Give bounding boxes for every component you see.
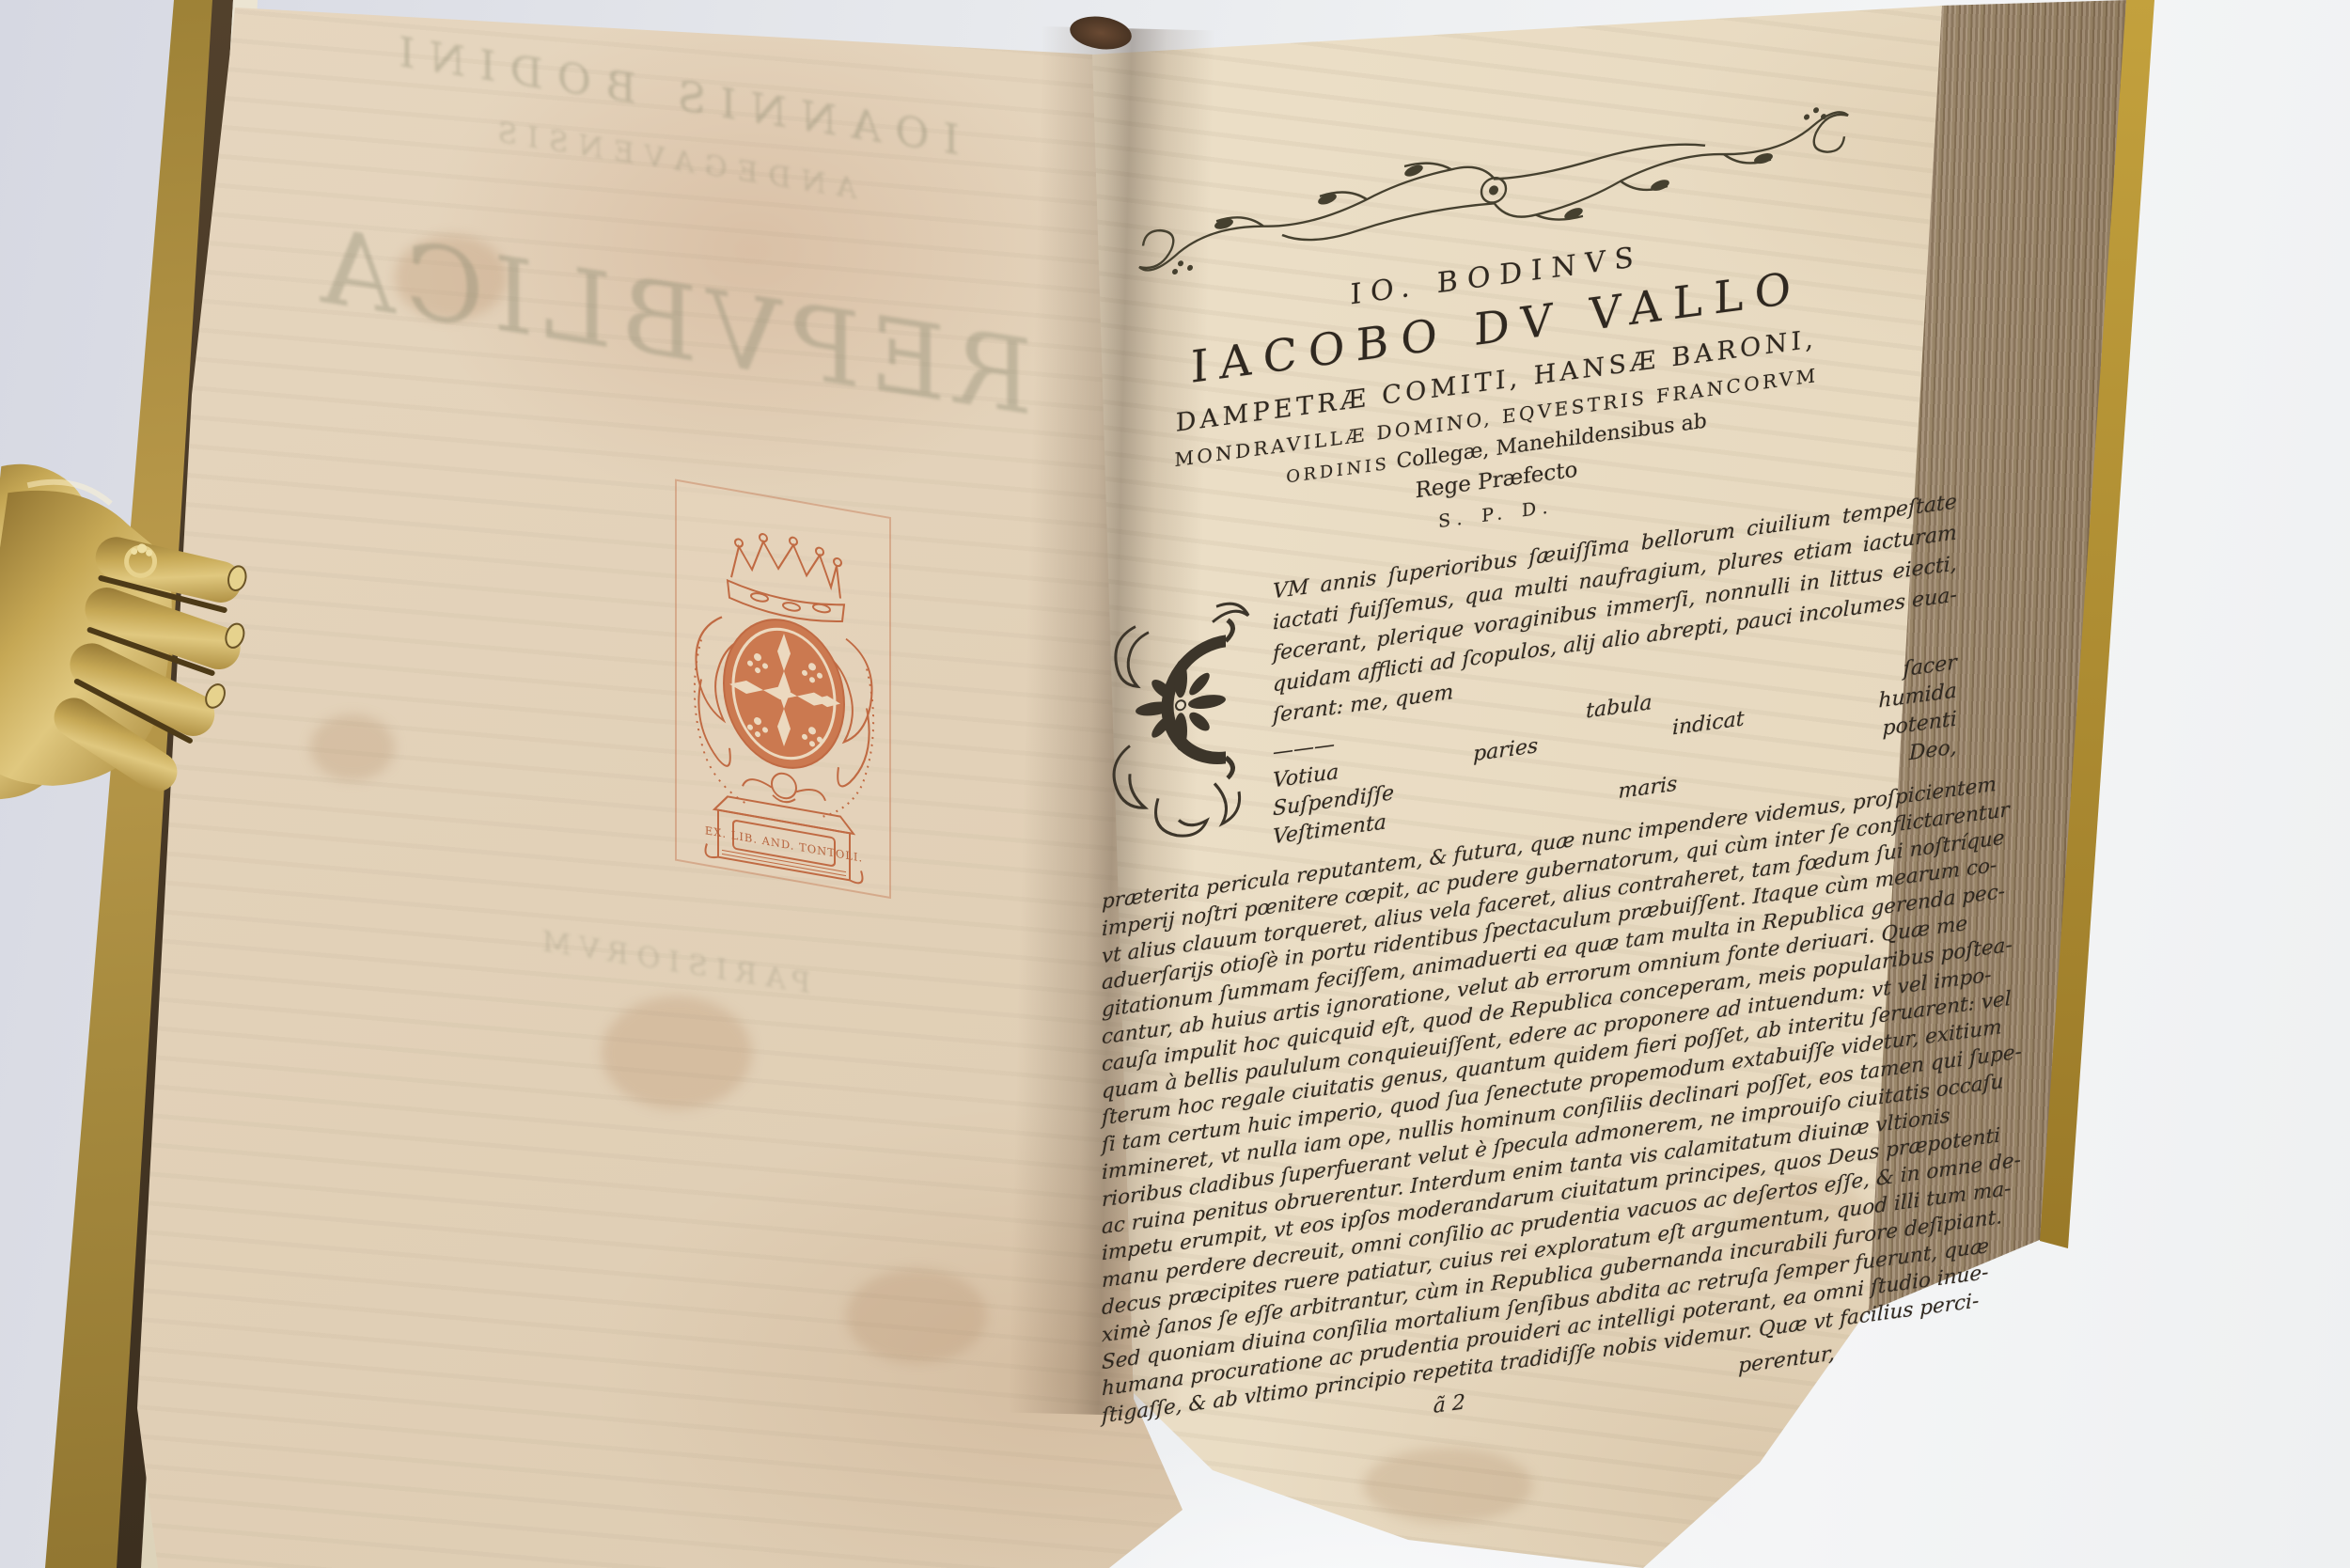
dedicatee-titles-3-smallcaps: ORDINIS <box>1286 454 1389 488</box>
hand-shape <box>0 456 261 823</box>
bookplate: EX. LIB. AND. TONTOLI. <box>673 477 895 903</box>
book-photograph: IOANNIS BODINI ANDEGAVENSIS REPVBLICA PA… <box>0 0 2350 1568</box>
brass-hand-page-holder <box>0 454 283 839</box>
drop-cap-initial <box>1102 578 1260 851</box>
signature-mark: ã 2 <box>1433 1390 1465 1418</box>
dedication-page-content: IO. BODINVS IACOBO DV VALLO DAMPETRÆ COM… <box>1102 89 1891 1463</box>
letter-body: præterita pericula reputantem, & futura,… <box>1102 786 1891 1432</box>
